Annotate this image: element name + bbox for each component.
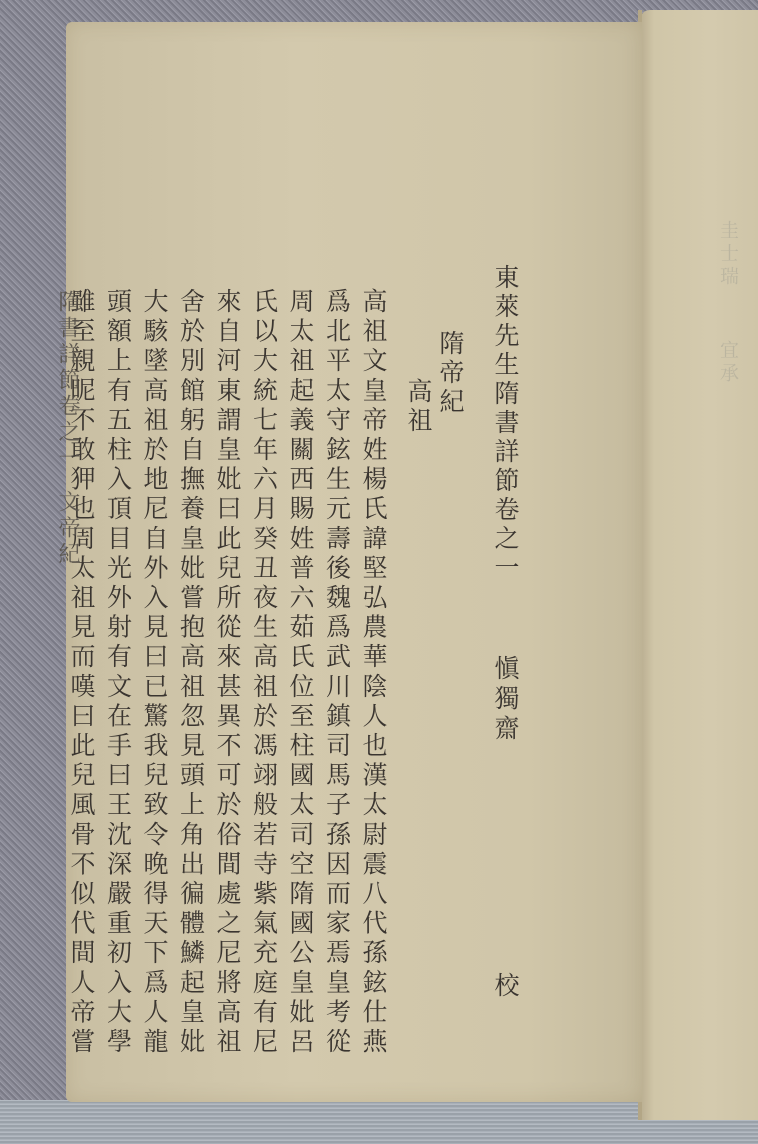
text-column: 高祖文皇帝姓楊氏諱堅弘農華陰人也漢太尉震八代孫鉉仕燕 — [361, 288, 386, 1058]
text-column: 頭額上有五柱入頂目光外射有文在手曰王沈深嚴重初入大學 — [106, 288, 131, 1058]
text-column: 大駭墜高祖於地尼自外入見曰已驚我兒致令晚得天下爲人龍 — [142, 288, 167, 1058]
subsection-heading: 高祖 — [406, 378, 431, 436]
text-column: 爲北平太守鉉生元壽後魏爲武川鎮司馬子孫因而家焉皇考從 — [325, 288, 350, 1058]
collation-mark: 校 — [493, 972, 518, 1001]
facing-page-faint-text: 圭士瑞 — [718, 220, 737, 289]
text-column: 氏以大統七年六月癸丑夜生高祖於馮翊般若寺紫氣充庭有尼 — [252, 288, 277, 1058]
margin-bleed-text: 隋書詳節卷之一 — [56, 290, 78, 472]
library-name: 愼獨齋 — [493, 655, 518, 745]
section-heading: 隋帝紀 — [438, 330, 463, 417]
text-column: 周太祖起義關西賜姓普六茹氏位至柱國太司空隋國公皇妣呂 — [288, 288, 313, 1058]
facing-page: 圭士瑞 宜承 — [640, 10, 758, 1120]
facing-page-faint-text: 宜承 — [718, 340, 737, 386]
text-column: 來自河東謂皇妣曰此兒所從來甚異不可於俗間處之尼將高祖 — [215, 288, 240, 1058]
margin-bleed-text: 文帝紀 — [56, 490, 78, 568]
book-title: 東萊先生隋書詳節卷之一 — [493, 264, 518, 583]
text-column: 舍於別館躬自撫養皇妣嘗抱高祖忽見頭上角出徧體鱗起皇妣 — [179, 288, 204, 1058]
